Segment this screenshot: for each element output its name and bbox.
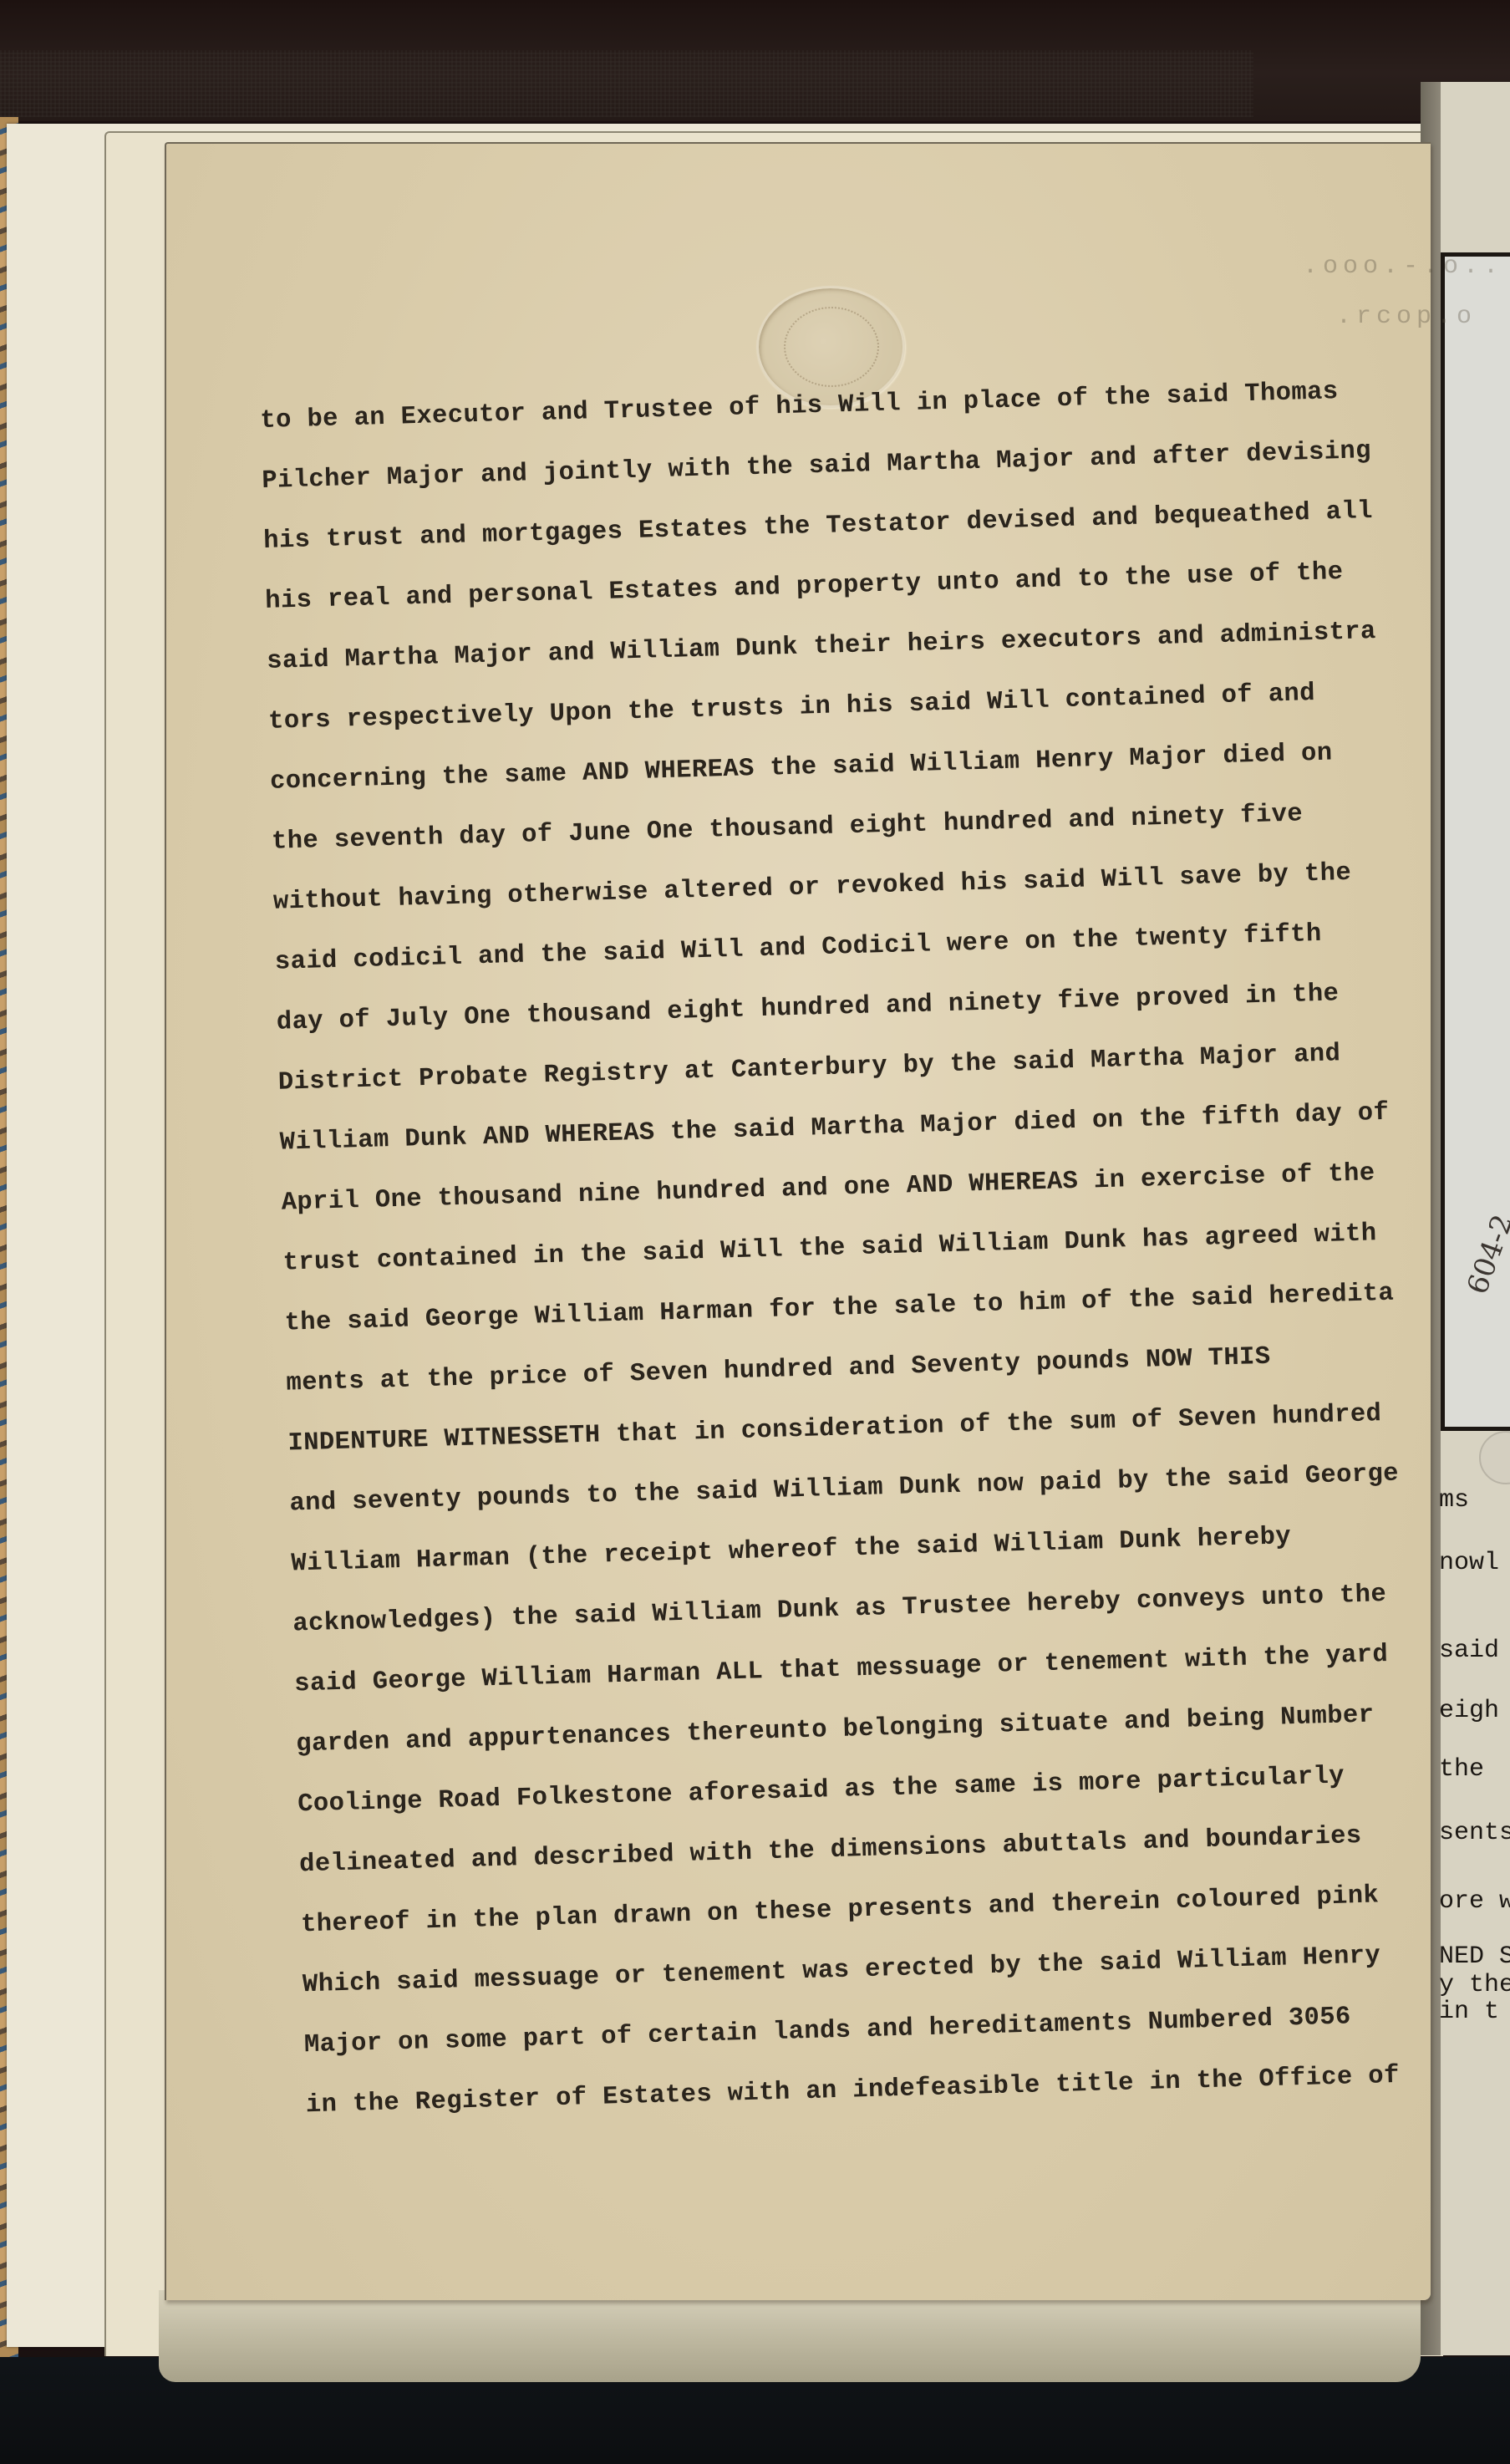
cloth-binding-texture	[0, 50, 1253, 117]
show-through-text: .ooo.-.o..	[1303, 252, 1503, 281]
deed-body-text: to be an Executor and Trustee of his Wil…	[260, 375, 1485, 2151]
typed-deed-page: .ooo.-.o.. .rcop.o to be an Executor and…	[165, 142, 1431, 2300]
seal-crest-icon	[784, 307, 879, 387]
curled-sheet-bottom	[159, 2290, 1421, 2382]
show-through-text: .rcop.o	[1336, 303, 1477, 331]
